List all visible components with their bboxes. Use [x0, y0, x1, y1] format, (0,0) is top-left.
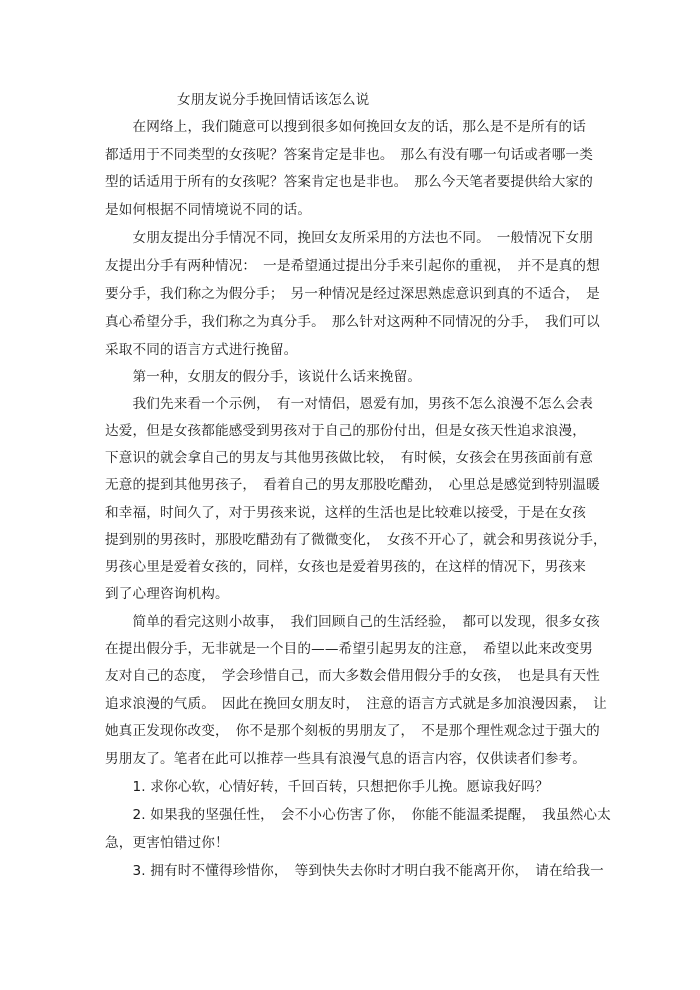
body-line: 无意的提到其他男孩子， 看着自己的男友那股吃醋劲， 心里总是感觉到特别温暖 — [105, 476, 597, 494]
body-line: 急，更害怕错过你！ — [105, 834, 597, 852]
body-line: 在提出假分手，无非就是一个目的——希望引起男友的注意， 希望以此来改变男 — [105, 640, 597, 658]
body-line: 2. 如果我的坚强任性， 会不小心伤害了你， 你能不能温柔提醒， 我虽然心太 — [105, 806, 597, 824]
body-line: 真心希望分手，我们称之为真分手。 那么针对这两种不同情况的分手， 我们可以 — [105, 313, 597, 331]
body-line: 在网络上，我们随意可以搜到很多如何挽回女友的话，那么是不是所有的话 — [105, 118, 597, 136]
body-line: 提到别的男孩时，那股吃醋劲有了微微变化， 女孩不开心了，就会和男孩说分手， — [105, 531, 597, 549]
body-line: 型的话适用于所有的女孩呢？答案肯定也是非也。 那么今天笔者要提供给大家的 — [105, 173, 597, 191]
body-line: 都适用于不同类型的女孩呢？答案肯定是非也。 那么有没有哪一句话或者哪一类 — [105, 146, 597, 164]
body-line: 女朋友提出分手情况不同，挽回女友所采用的方法也不同。 一般情况下女朋 — [105, 229, 597, 247]
body-line: 友对自己的态度， 学会珍惜自己，而大多数会借用假分手的女孩， 也是具有天性 — [105, 667, 597, 685]
body-line: 男孩心里是爱着女孩的，同样，女孩也是爱着男孩的，在这样的情况下，男孩来 — [105, 558, 597, 576]
body-line: 3. 拥有时不懂得珍惜你， 等到快失去你时才明白我不能离开你， 请在给我一 — [105, 862, 597, 880]
body-line: 第一种，女朋友的假分手，该说什么话来挽留。 — [105, 368, 597, 386]
body-line: 是如何根据不同情境说不同的话。 — [105, 201, 597, 219]
body-line: 要分手，我们称之为假分手； 另一种情况是经过深思熟虑意识到真的不适合， 是 — [105, 285, 597, 303]
body-line: 和幸福，时间久了，对于男孩来说，这样的生活也是比较难以接受，于是在女孩 — [105, 504, 597, 522]
body-line: 友提出分手有两种情况： 一是希望通过提出分手来引起你的重视， 并不是真的想 — [105, 257, 597, 275]
body-line: 简单的看完这则小故事， 我们回顾自己的生活经验， 都可以发现，很多女孩 — [105, 613, 597, 631]
body-line: 1. 求你心软，心情好转，千回百转，只想把你手儿挽。愿谅我好吗？ — [105, 778, 597, 796]
body-line: 下意识的就会拿自己的男友与其他男孩做比较， 有时候，女孩会在男孩面前有意 — [105, 449, 597, 467]
body-line: 她真正发现你改变， 你不是那个刻板的男朋友了， 不是那个理性观念过于强大的 — [105, 722, 597, 740]
body-line: 男朋友了。笔者在此可以推荐一些具有浪漫气息的语言内容，仅供读者们参考。 — [105, 750, 597, 768]
body-line: 追求浪漫的气质。 因此在挽回女朋友时， 注意的语言方式就是多加浪漫因素， 让 — [105, 695, 597, 713]
body-line: 我们先来看一个示例， 有一对情侣，恩爱有加，男孩不怎么浪漫不怎么会表 — [105, 395, 597, 413]
body-line: 达爱，但是女孩都能感受到男孩对于自己的那份付出，但是女孩天性追求浪漫， — [105, 422, 597, 440]
body-line: 到了心理咨询机构。 — [105, 585, 597, 603]
document-page: 女朋友说分手挽回情话该怎么说 在网络上，我们随意可以搜到很多如何挽回女友的话，那… — [0, 0, 700, 990]
document-title: 女朋友说分手挽回情话该怎么说 — [177, 91, 669, 109]
body-line: 采取不同的语言方式进行挽留。 — [105, 341, 597, 359]
